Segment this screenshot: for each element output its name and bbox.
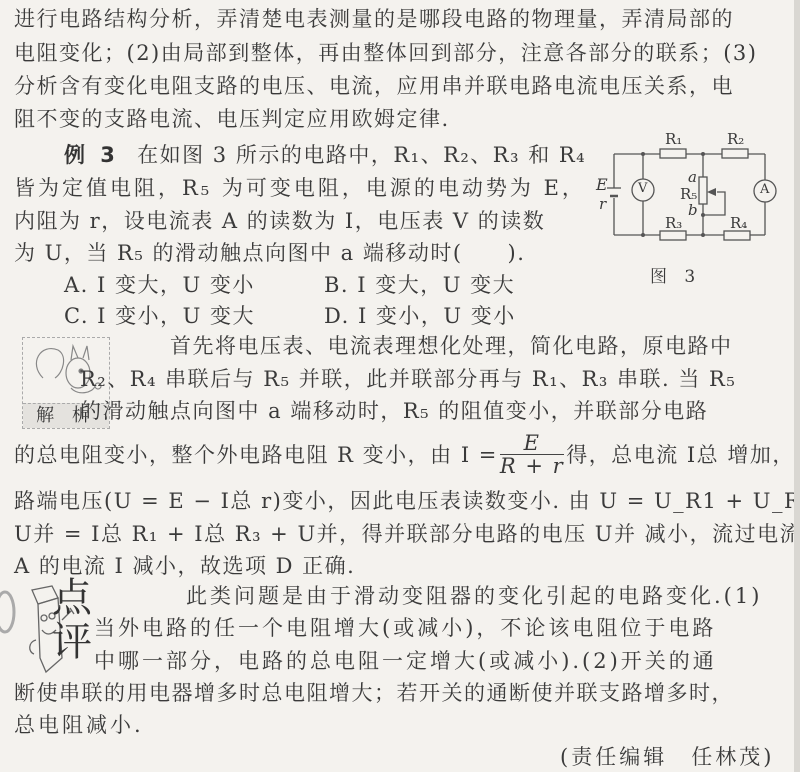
option-c[interactable]: C. I 变小，U 变大 (64, 303, 255, 329)
comment-line-3: 中哪一部分，电路的总电阻一定增大(或减小).(2)开关的通 (94, 648, 717, 674)
label-r2: R₂ (727, 130, 744, 148)
option-a[interactable]: A. I 变大，U 变小 (64, 272, 255, 298)
figure-caption: 图 3 (650, 262, 701, 287)
label-e: E (596, 175, 608, 194)
label-r3: R₃ (665, 214, 682, 232)
label-r4: R₄ (730, 214, 747, 232)
analysis-line-5: 路端电压(U = E − I总 r)变小，因此电压表读数变小. 由 U = U_… (14, 488, 800, 514)
comment-line-5: 总电阻减小. (14, 712, 144, 738)
analysis-line-4-text: 的总电阻变小，整个外电路电阻 R 变小，由 I = (14, 442, 498, 468)
intro-line-2: 电阻变化；(2)由局部到整体，再由整体回到部分，注意各部分的联系；(3) (14, 40, 758, 66)
example-line-2: 皆为定值电阻，R₅ 为可变电阻，电源的电动势为 E， (14, 175, 586, 201)
label-r1: R₁ (665, 130, 682, 148)
voltmeter-symbol: V (638, 181, 647, 196)
analysis-line-4-tail: 得，总电流 I总 增加， (566, 442, 795, 468)
example-line-1: 在如图 3 所示的电路中，R₁、R₂、R₃ 和 R₄ (137, 143, 586, 167)
label-b: b (688, 201, 698, 219)
analysis-line-2: R₂、R₄ 串联后与 R₅ 并联，此并联部分再与 R₁、R₃ 串联. 当 R₅ (80, 366, 736, 392)
ohm-fraction: E R + r (500, 432, 564, 477)
label-r-internal: r (599, 195, 606, 213)
label-a: a (688, 168, 697, 186)
comment-badge: 点 评 (0, 580, 90, 680)
fraction-numerator: E (500, 432, 564, 455)
comment-line-2: 当外电路的任一个电阻增大(或减小)，不论该电阻位于电路 (94, 615, 716, 641)
editor-credit: (责任编辑 任林茂) (560, 744, 774, 770)
example-line-4: 为 U，当 R₅ 的滑动触点向图中 a 端移动时( ). (14, 240, 525, 266)
example-first-line: 例 3 在如图 3 所示的电路中，R₁、R₂、R₃ 和 R₄ (64, 142, 586, 168)
intro-line-4: 阻不变的支路电流、电压判定应用欧姆定律. (14, 106, 450, 132)
fraction-denominator: R + r (500, 455, 564, 477)
intro-line-1: 进行电路结构分析，弄清楚电表测量的是哪段电路的物理量，弄清局部的 (14, 6, 734, 32)
example-line-3: 内阻为 r，设电流表 A 的读数为 I，电压表 V 的读数 (14, 208, 545, 234)
analysis-line-3: 的滑动触点向图中 a 端移动时，R₅ 的阻值变小，并联部分电路 (80, 398, 708, 424)
ammeter-symbol: A (760, 182, 769, 197)
comment-line-4: 断使串联的用电器增多时总电阻增大；若开关的通断使并联支路增多时， (14, 680, 734, 706)
comment-badge-bottom: 评 (52, 620, 92, 664)
example-label: 例 3 (64, 143, 119, 167)
page-edge (794, 0, 800, 772)
analysis-line-4: 的总电阻变小，整个外电路电阻 R 变小，由 I = E R + r 得，总电流 … (14, 432, 795, 477)
analysis-line-1: 首先将电压表、电流表理想化处理，简化电路，原电路中 (170, 333, 733, 359)
analysis-line-6: U并 = I总 R₁ + I总 R₃ + U并，得并联部分电路的电压 U并 减小… (14, 521, 800, 547)
comment-line-1: 此类问题是由于滑动变阻器的变化引起的电路变化.(1) (186, 583, 762, 609)
circuit-figure: R₁ R₂ R₃ R₄ R₅ a b E r V A 图 3 (590, 130, 800, 290)
comment-badge-top: 点 (52, 576, 92, 620)
option-d[interactable]: D. I 变小，U 变小 (324, 303, 516, 329)
option-b[interactable]: B. I 变大，U 变大 (324, 272, 515, 298)
intro-line-3: 分析含有变化电阻支路的电压、电流，应用串并联电路电流电压关系，电 (14, 73, 734, 99)
